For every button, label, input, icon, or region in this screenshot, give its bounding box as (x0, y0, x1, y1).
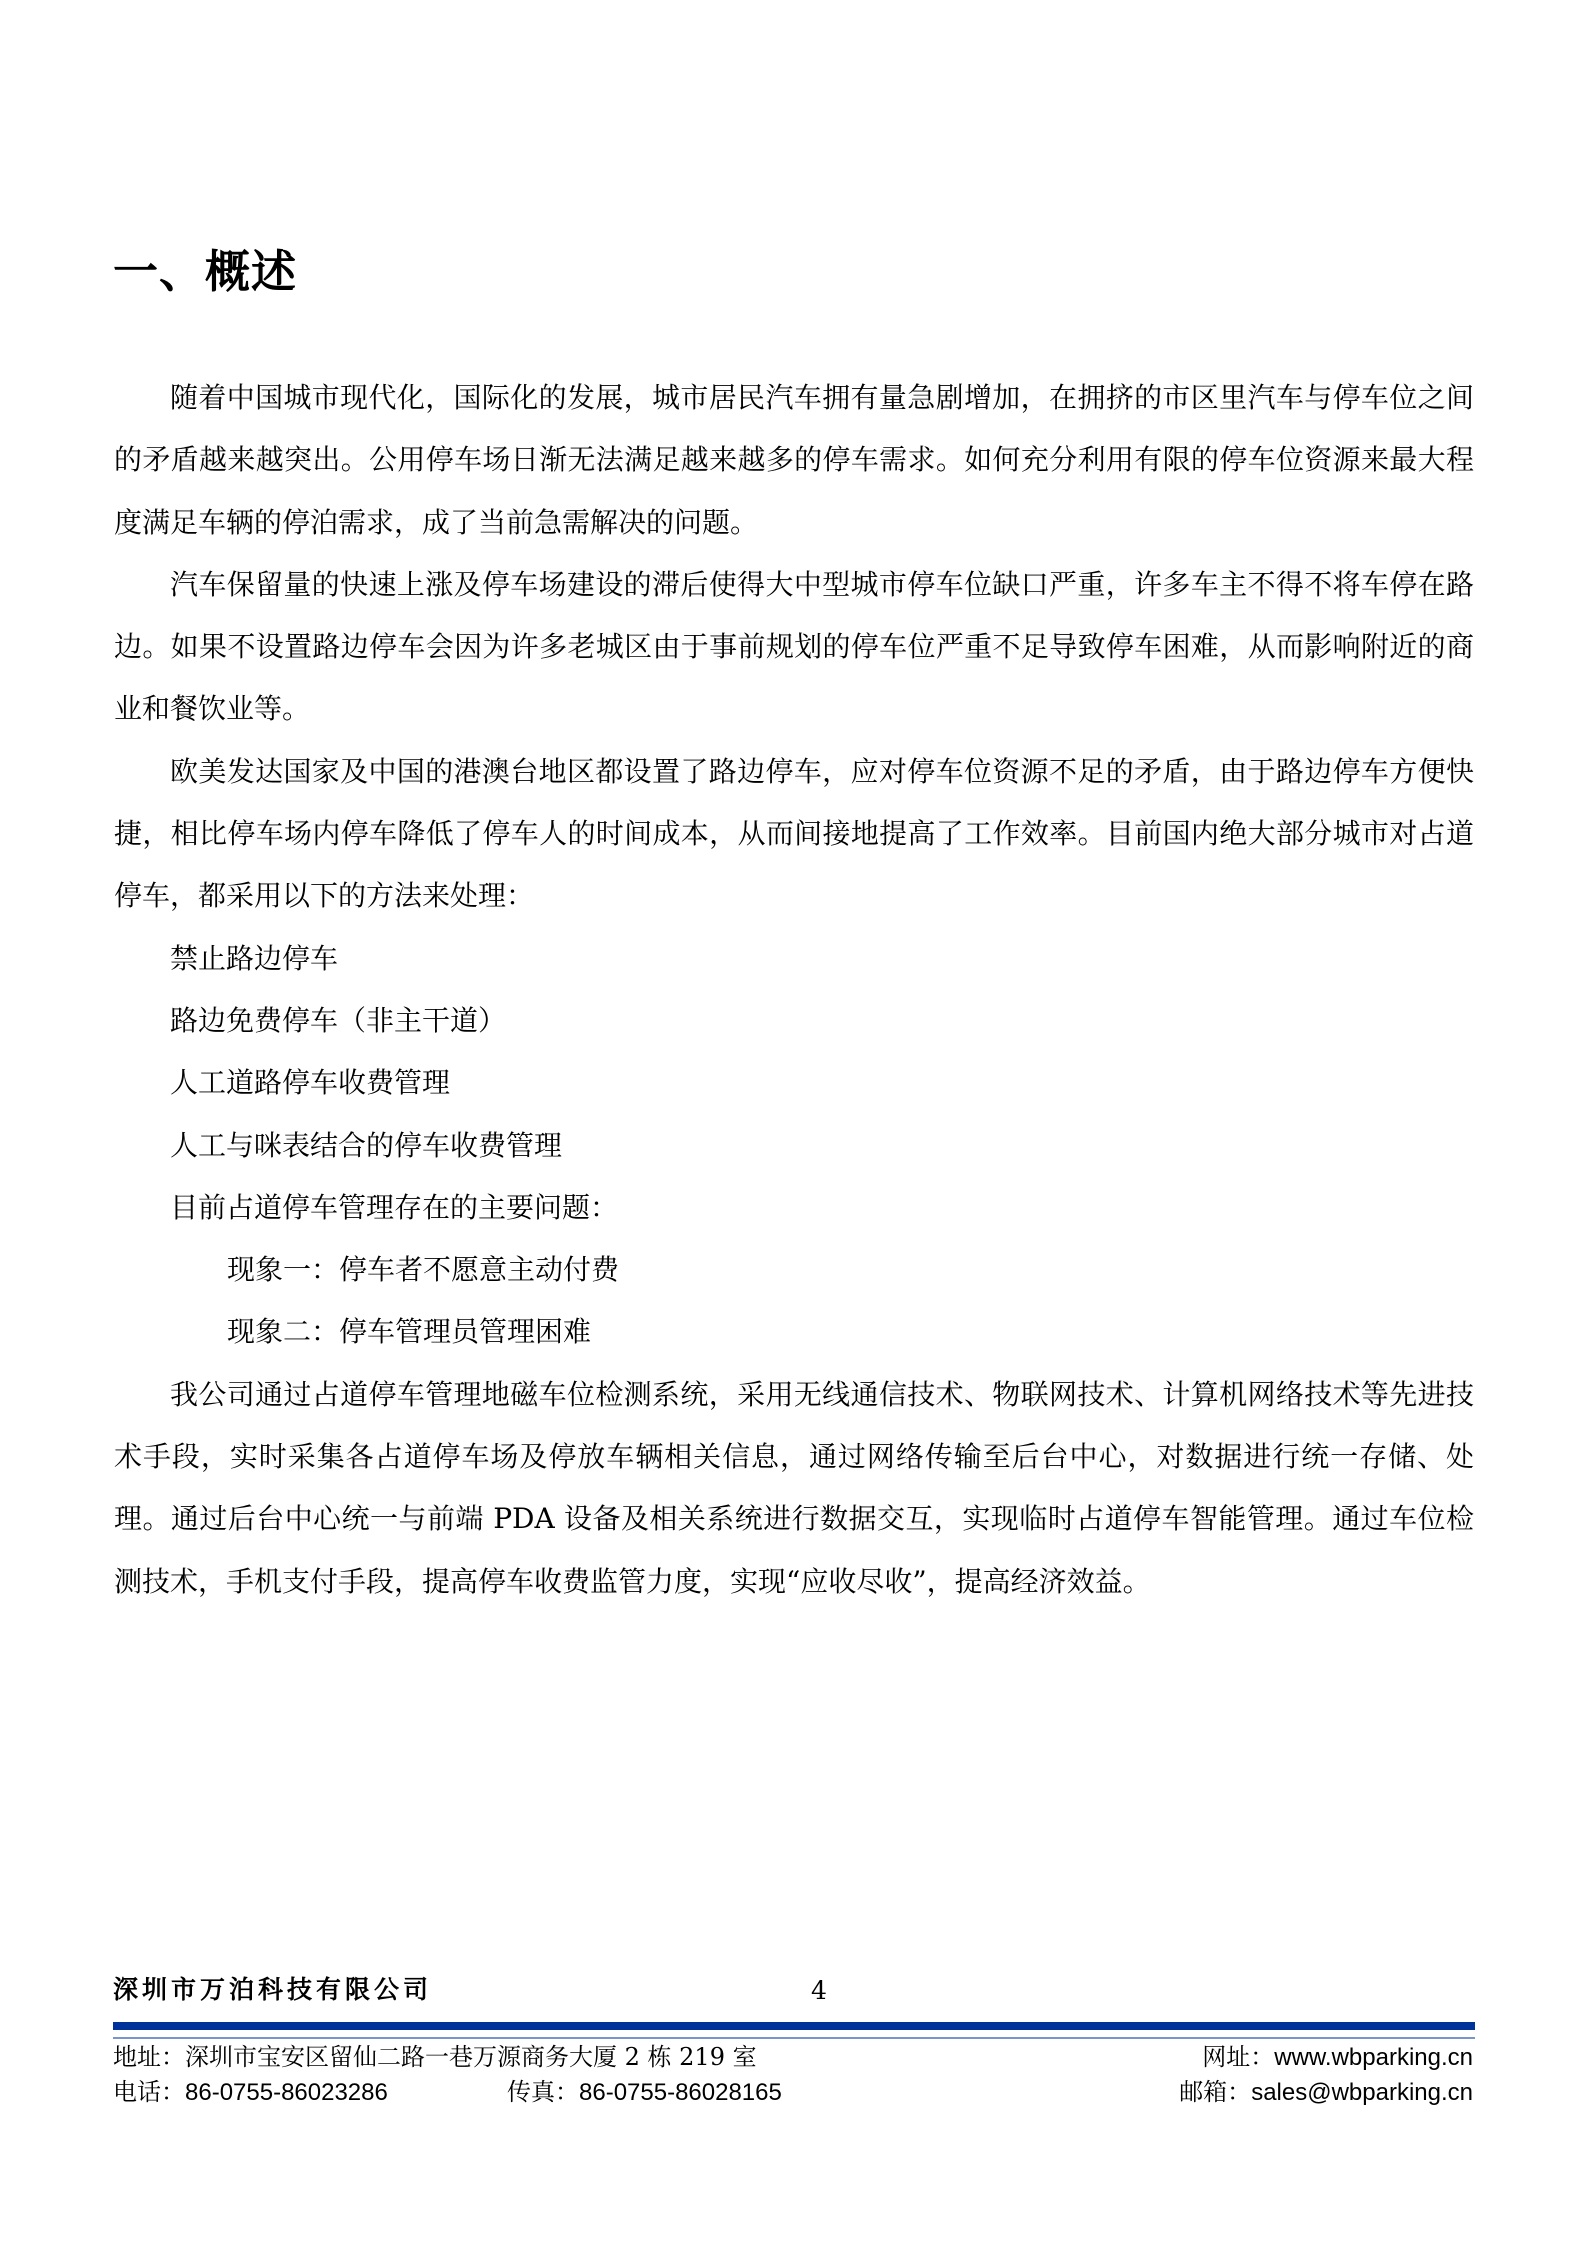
phone-value: 86-0755-86023286 (185, 2079, 388, 2106)
website-link[interactable]: www.wbparking.cn (1274, 2044, 1473, 2071)
list-item-method-3: 人工道路停车收费管理 (114, 1052, 1474, 1114)
address-label: 地址： (113, 2043, 185, 2071)
list-item-method-4: 人工与咪表结合的停车收费管理 (114, 1115, 1474, 1177)
email-link[interactable]: sales@wbparking.cn (1251, 2079, 1473, 2106)
footer-company-name: 深圳市万泊科技有限公司 (113, 1974, 432, 2006)
body-text: 随着中国城市现代化，国际化的发展，城市居民汽车拥有量急剧增加，在拥挤的市区里汽车… (114, 367, 1474, 1613)
problems-heading: 目前占道停车管理存在的主要问题： (114, 1177, 1474, 1239)
footer-email: 邮箱：sales@wbparking.cn (1179, 2076, 1473, 2109)
list-item-method-1: 禁止路边停车 (114, 928, 1474, 990)
footer-divider-thin (113, 2037, 1475, 2039)
footer-address: 地址：深圳市宝安区留仙二路一巷万源商务大厦 2 栋 219 室 (113, 2041, 757, 2073)
footer-website: 网址：www.wbparking.cn (1202, 2041, 1473, 2074)
paragraph-car-ownership: 汽车保留量的快速上涨及停车场建设的滞后使得大中型城市停车位缺口严重，许多车主不得… (114, 554, 1474, 741)
fax-label: 传真： (507, 2078, 579, 2106)
section-heading: 一、概述 (113, 240, 297, 304)
paragraph-roadside-parking: 欧美发达国家及中国的港澳台地区都设置了路边停车，应对停车位资源不足的矛盾，由于路… (114, 741, 1474, 928)
phone-label: 电话： (113, 2078, 185, 2106)
footer-fax: 传真：86-0755-86028165 (507, 2076, 782, 2109)
fax-value: 86-0755-86028165 (579, 2079, 782, 2106)
website-label: 网址： (1202, 2043, 1274, 2071)
list-item-problem-1: 现象一：停车者不愿意主动付费 (114, 1239, 1474, 1301)
footer-divider-thick (113, 2022, 1475, 2030)
list-item-problem-2: 现象二：停车管理员管理困难 (114, 1301, 1474, 1363)
list-item-method-2: 路边免费停车（非主干道） (114, 990, 1474, 1052)
email-label: 邮箱： (1179, 2078, 1251, 2106)
paragraph-intro: 随着中国城市现代化，国际化的发展，城市居民汽车拥有量急剧增加，在拥挤的市区里汽车… (114, 367, 1474, 554)
page-number: 4 (811, 1975, 827, 2007)
paragraph-solution: 我公司通过占道停车管理地磁车位检测系统，采用无线通信技术、物联网技术、计算机网络… (114, 1364, 1474, 1613)
address-value: 深圳市宝安区留仙二路一巷万源商务大厦 2 栋 219 室 (185, 2043, 757, 2071)
footer-phone: 电话：86-0755-86023286 (113, 2076, 388, 2109)
